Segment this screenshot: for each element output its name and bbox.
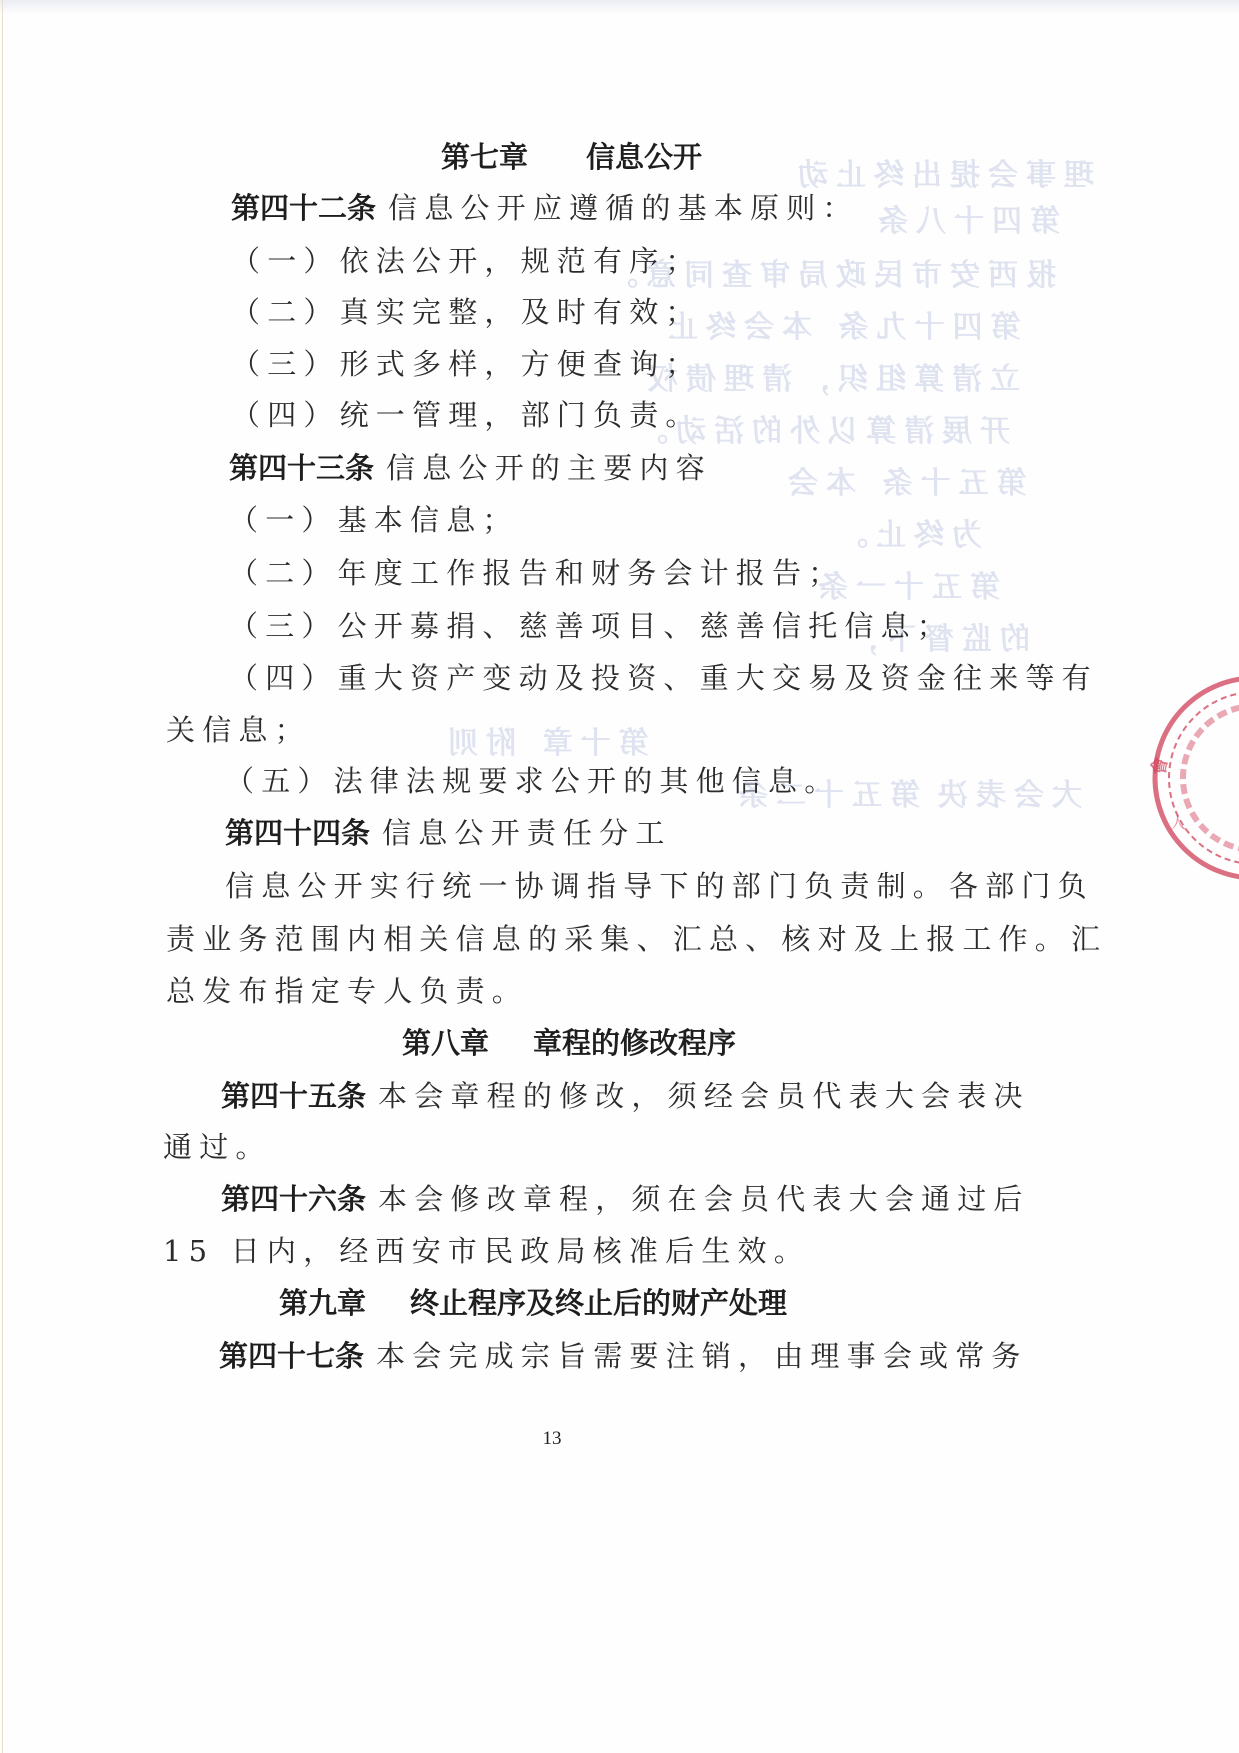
article-continuation: 通过。 [163,1129,272,1165]
list-item: （一）基本信息； [229,502,519,538]
chapter-number: 第七章 [441,140,528,174]
chapter-number: 第九章 [279,1286,366,1320]
chapter-number: 第八章 [402,1026,489,1060]
scan-artifact-top [0,0,1239,14]
article-46: 第四十六条本会修改章程，须在会员代表大会通过后 [221,1181,1030,1217]
list-item-continuation: 关信息； [166,712,311,748]
article-text: 信息公开的主要内容 [386,451,712,485]
bleed-line: 第四十八条 [870,196,1060,240]
document-page: 理事会提出终止动 第四十八条 报西安市民政局审查同意。 第四十九条 本会终止 立… [0,0,1239,1753]
article-44: 第四十四条信息公开责任分工 [225,815,672,851]
article-label: 第四十四条 [225,816,370,850]
chapter-title: 信息公开 [586,140,702,174]
official-seal-icon: 會 人 [1150,668,1239,888]
article-text: 本会修改章程，须在会员代表大会通过后 [378,1182,1030,1216]
chapter-title: 终止程序及终止后的财产处理 [410,1286,787,1320]
scan-artifact-edge [2,0,3,1753]
article-label: 第四十六条 [221,1182,366,1216]
page-number: 13 [0,1428,1104,1450]
chapter-heading: 第八章章程的修改程序 [402,1025,736,1061]
article-text: 信息公开应遵循的基本原则： [388,191,859,225]
list-item: （三）形式多样，方便查询； [231,346,702,382]
paragraph-line: 总发布指定专人负责。 [166,973,528,1009]
bleed-line: 第五十条 本会 [780,458,1026,502]
bleed-line: 大会表决 [930,770,1082,814]
list-item: （三）公开募捐、慈善项目、慈善信托信息； [229,608,953,644]
list-item: （五）法律法规要求公开的其他信息。 [225,763,840,799]
list-item: （四）重大资产变动及投资、重大交易及资金往来等有 [229,660,1098,696]
article-47: 第四十七条本会完成宗旨需要注销，由理事会或常务 [219,1338,1028,1374]
chapter-title: 章程的修改程序 [533,1026,736,1060]
article-label: 第四十七条 [219,1339,364,1373]
article-text: 本会完成宗旨需要注销，由理事会或常务 [376,1339,1028,1373]
article-label: 第四十三条 [229,451,374,485]
paragraph-line: 责业务范围内相关信息的采集、汇总、核对及上报工作。汇 [166,921,1107,957]
article-continuation: 15 日内，经西安市民政局核准后生效。 [163,1233,810,1269]
bleed-line: 为终止。 [830,510,982,554]
list-item: （一）依法公开，规范有序； [231,243,702,279]
svg-text:會: 會 [1150,755,1172,777]
list-item: （二）真实完整，及时有效； [231,294,702,330]
article-43: 第四十三条信息公开的主要内容 [229,450,712,486]
article-text: 信息公开责任分工 [382,816,672,850]
svg-text:人: 人 [1170,813,1186,832]
chapter-heading: 第七章信息公开 [441,139,702,175]
chapter-heading: 第九章终止程序及终止后的财产处理 [279,1285,787,1321]
article-45: 第四十五条本会章程的修改，须经会员代表大会表决 [221,1078,1030,1114]
article-text: 本会章程的修改，须经会员代表大会表决 [378,1079,1030,1113]
article-label: 第四十二条 [231,191,376,225]
article-label: 第四十五条 [221,1079,366,1113]
bleed-line: 第四十九条 本会终止 [660,302,1020,346]
article-42: 第四十二条信息公开应遵循的基本原则： [231,190,859,226]
bleed-line: 理事会提出终止动 [790,150,1094,194]
list-item: （二）年度工作报告和财务会计报告； [229,555,844,591]
list-item: （四）统一管理，部门负责。 [231,397,702,433]
bleed-line: 第十章 附则 [440,718,648,762]
paragraph-line: 信息公开实行统一协调指导下的部门负责制。各部门负 [225,868,1094,904]
